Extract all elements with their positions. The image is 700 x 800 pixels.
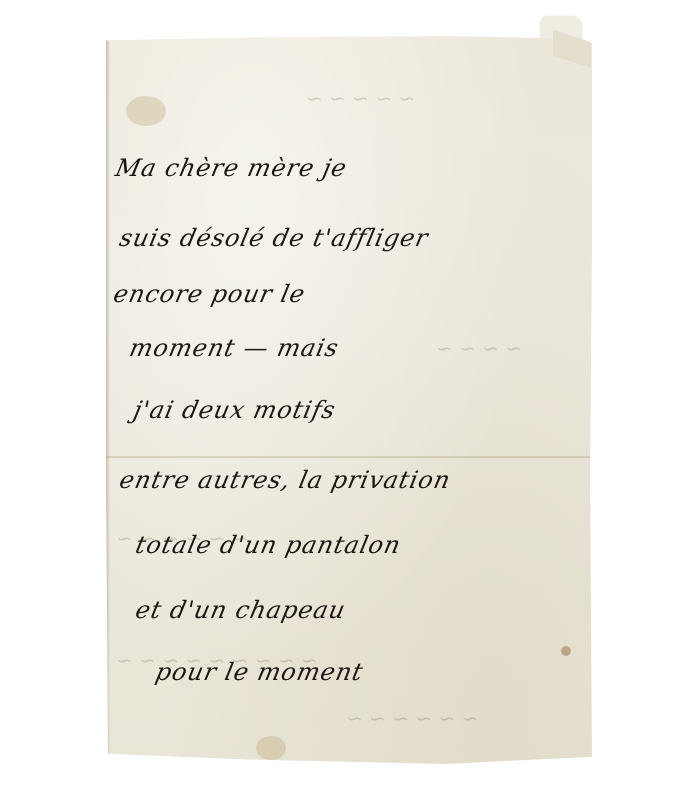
letter-line-9: pour le moment: [153, 658, 366, 686]
letter-line-8: et d'un chapeau: [133, 596, 348, 624]
paper-stain: [561, 646, 571, 656]
letter-line-1: Ma chère mère je: [113, 154, 350, 182]
letter-line-5: j'ai deux motifs: [131, 396, 339, 424]
bleed-through-text: ~ ~ ~ ~ ~: [306, 86, 415, 110]
letter-line-4: moment — mais: [127, 334, 342, 362]
bleed-through-text: ~ ~ ~ ~ ~ ~: [346, 706, 478, 730]
letter-line-3: encore pour le: [111, 280, 308, 308]
paper-stain: [126, 96, 166, 126]
letter-line-7: totale d'un pantalon: [133, 531, 404, 559]
paper-stain: [256, 736, 286, 760]
fold-crease: [106, 456, 592, 458]
letter-line-6: entre autres, la privation: [117, 466, 453, 494]
bleed-through-text: ~ ~ ~ ~: [436, 336, 522, 360]
letter-line-2: suis désolé de t'affliger: [117, 224, 431, 252]
letter-page: ~ ~ ~ ~ ~ ~ ~ ~ ~ ~ ~ ~ ~ ~ ~ ~ ~ ~ ~ ~ …: [106, 36, 592, 764]
